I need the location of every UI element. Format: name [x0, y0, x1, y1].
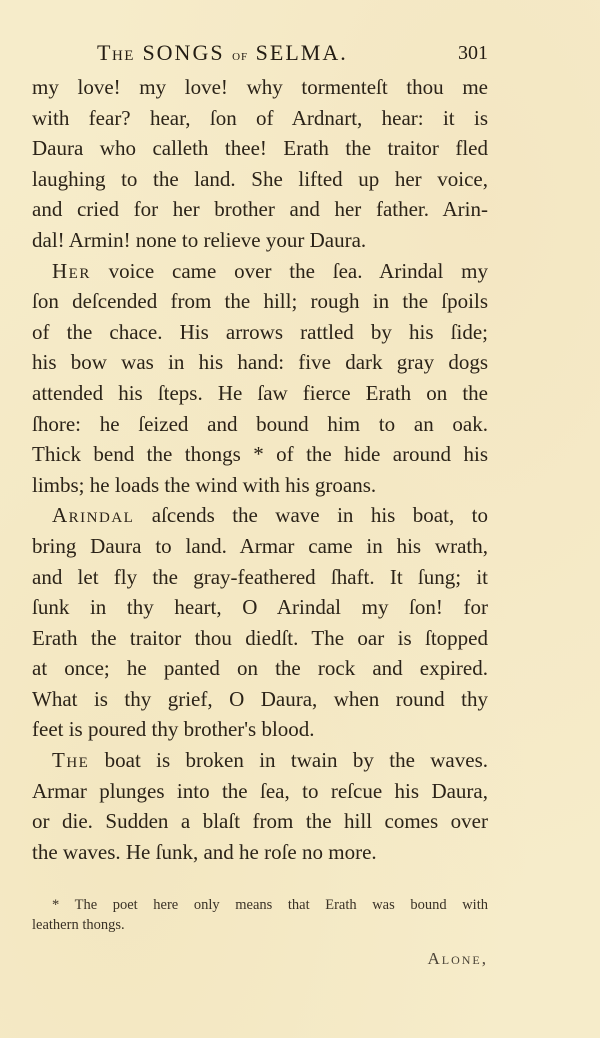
text-line-with-footnote-mark: Thick bend the thongs * of the hide arou…	[32, 439, 488, 470]
text-line: laughing to the land. She lifted up her …	[32, 164, 488, 195]
running-title: The SONGS of SELMA.	[97, 40, 348, 66]
running-head: The SONGS of SELMA. 301	[32, 40, 488, 70]
paragraph-3: Arindal aſcends the wave in his boat, to…	[32, 500, 488, 745]
text-line-first: Her voice came over the ſea. Arindal my	[32, 256, 488, 287]
paragraph-2: Her voice came over the ſea. Arindal my …	[32, 256, 488, 501]
text-line: ſon deſcended from the hill; rough in th…	[32, 286, 488, 317]
text-line: with fear? hear, ſon of Ardnart, hear: i…	[32, 103, 488, 134]
title-word-the: The	[97, 40, 135, 65]
title-word-of: of	[232, 48, 248, 64]
text-line: feet is poured thy brother's blood.	[32, 714, 488, 745]
text-line-rest: aſcends the wave in his boat, to	[134, 503, 488, 527]
text-line: of the chace. His arrows rattled by his …	[32, 317, 488, 348]
text-line-rest: boat is broken in twain by the waves.	[89, 748, 488, 772]
text-line: ſhore: he ſeized and bound him to an oak…	[32, 409, 488, 440]
body-text: my love! my love! why tormenteſt thou me…	[32, 72, 488, 867]
paragraph-lead: The	[52, 748, 89, 772]
text-line: at once; he panted on the rock and expir…	[32, 653, 488, 684]
text-line: attended his ſteps. He ſaw fierce Erath …	[32, 378, 488, 409]
text-line-rest: voice came over the ſea. Arindal my	[91, 259, 488, 283]
paragraph-1: my love! my love! why tormenteſt thou me…	[32, 72, 488, 256]
text-line-first: The boat is broken in twain by the waves…	[32, 745, 488, 776]
text-line: and cried for her brother and her father…	[32, 194, 488, 225]
text-line: the waves. He ſunk, and he roſe no more.	[32, 837, 488, 868]
paragraph-lead: Arindal	[52, 503, 134, 527]
page-number: 301	[458, 42, 488, 65]
footnote-line: leathern thongs.	[32, 915, 488, 935]
title-word-songs: SONGS	[142, 40, 224, 65]
title-word-selma: SELMA.	[256, 40, 348, 65]
text-line: my love! my love! why tormenteſt thou me	[32, 72, 488, 103]
text-line: What is thy grief, O Daura, when round t…	[32, 684, 488, 715]
text-line: Daura who calleth thee! Erath the traito…	[32, 133, 488, 164]
text-line: Erath the traitor thou diedſt. The oar i…	[32, 623, 488, 654]
text-line: his bow was in his hand: five dark gray …	[32, 347, 488, 378]
text-line: bring Daura to land. Armar came in his w…	[32, 531, 488, 562]
text-line: dal! Armin! none to relieve your Daura.	[32, 225, 488, 256]
footnote: * The poet here only means that Erath wa…	[32, 895, 488, 935]
text-line-first: Arindal aſcends the wave in his boat, to	[32, 500, 488, 531]
text-line: Armar plunges into the ſea, to reſcue hi…	[32, 776, 488, 807]
book-page: The SONGS of SELMA. 301 my love! my love…	[32, 40, 488, 969]
text-line: or die. Sudden a blaſt from the hill com…	[32, 806, 488, 837]
paragraph-lead: Her	[52, 259, 91, 283]
paragraph-4: The boat is broken in twain by the waves…	[32, 745, 488, 867]
text-line: limbs; he loads the wind with his groans…	[32, 470, 488, 501]
text-line: ſunk in thy heart, O Arindal my ſon! for	[32, 592, 488, 623]
footnote-line: * The poet here only means that Erath wa…	[32, 895, 488, 915]
catchword: Alone,	[32, 949, 488, 969]
text-line: and let fly the gray-feathered ſhaft. It…	[32, 562, 488, 593]
